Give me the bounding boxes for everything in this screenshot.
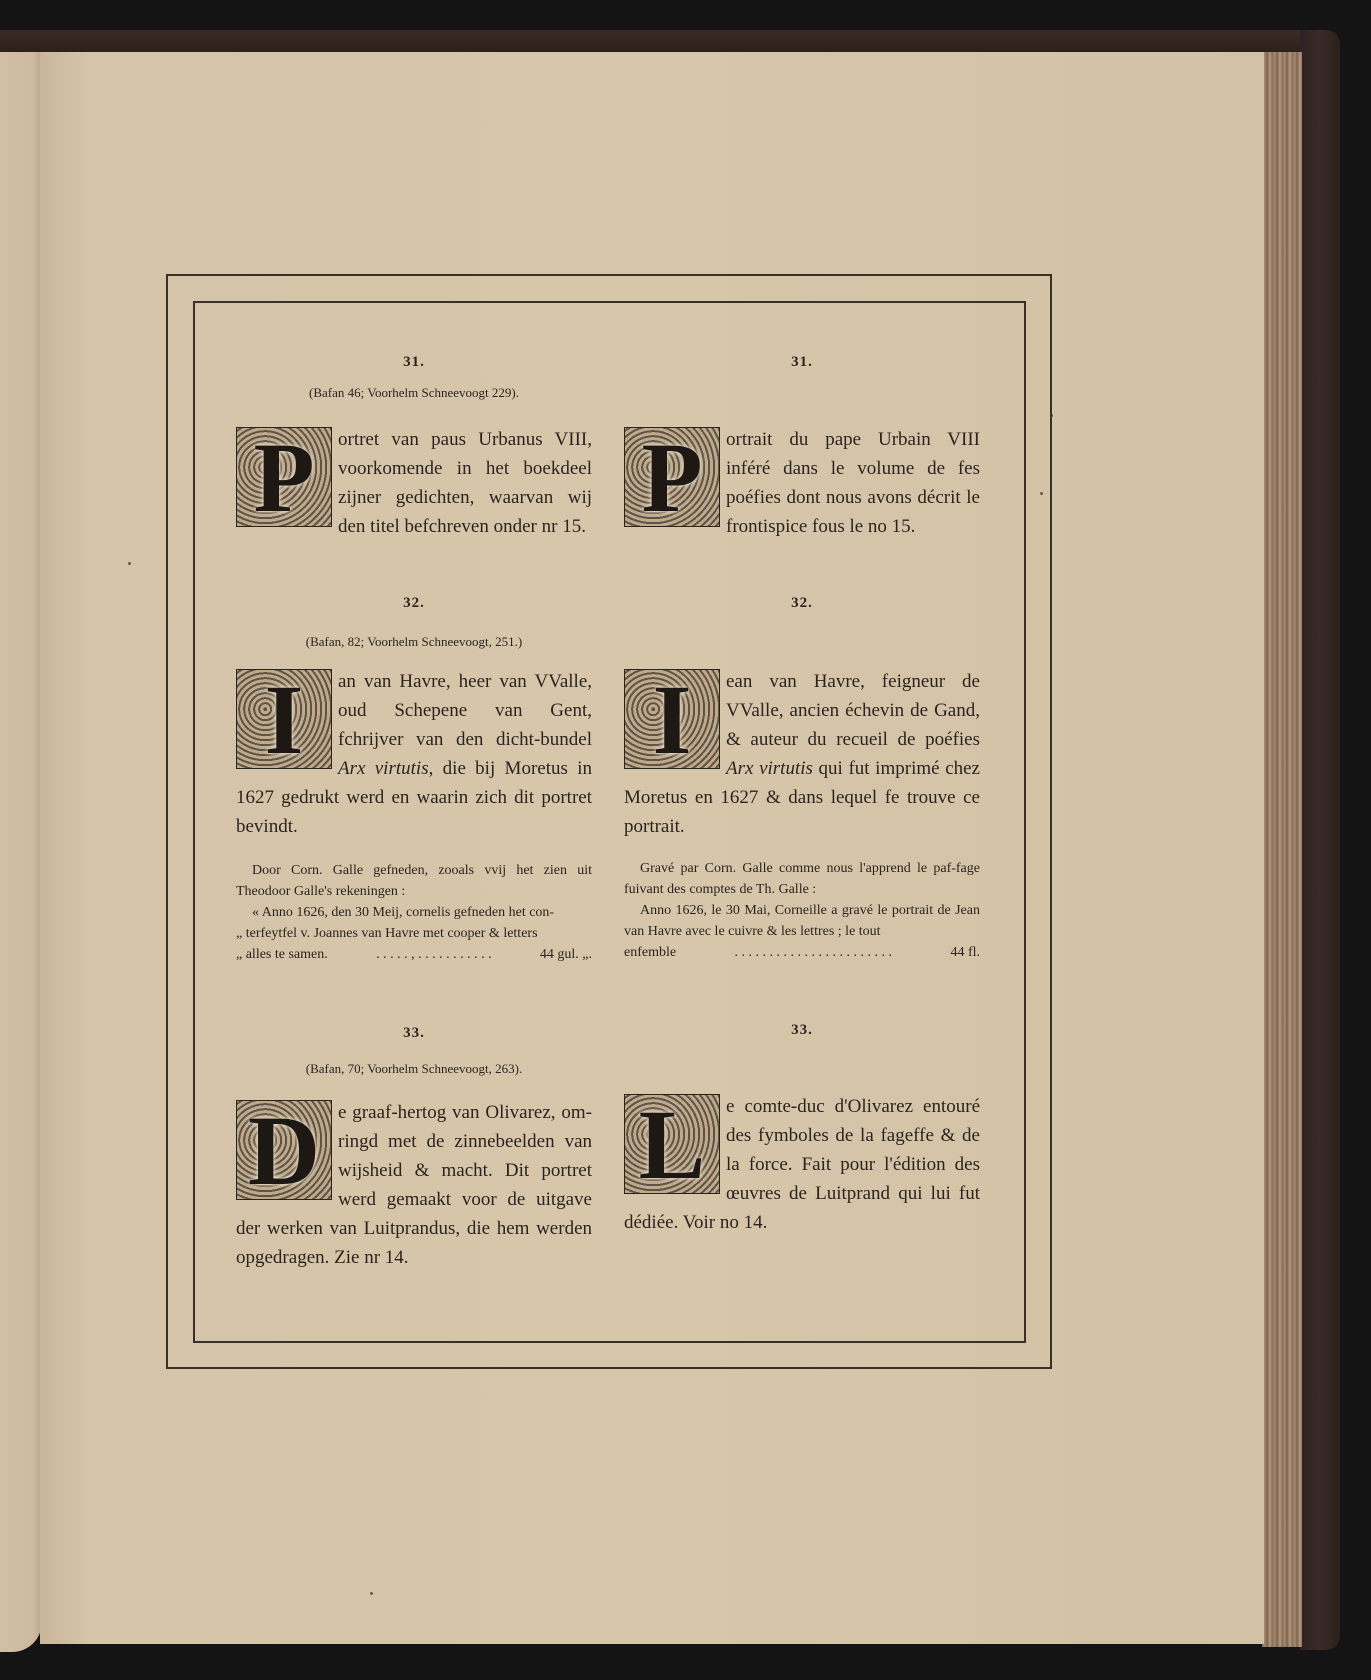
ornamental-initial-p-vase-icon: P (236, 427, 332, 527)
entry-number-fr: 31. (624, 354, 980, 371)
entry-text-fr: L e comte-duc d'Olivarez entouré des fym… (624, 1092, 980, 1237)
entry-number-nl: 32. (236, 595, 592, 612)
footnote-nl: Door Corn. Galle gefneden, zooals vvij h… (236, 860, 592, 965)
leader-dots: . . . . . . . . . . . . . . . . . . . . … (735, 942, 893, 963)
entry-text-nl: P ortret van paus Urbanus VIII, voorkome… (236, 425, 592, 541)
note-total-line: enfemble. . . . . . . . . . . . . . . . … (624, 942, 980, 963)
ornamental-initial-i-saints-icon: I (624, 669, 720, 769)
book-title: Arx virtutis (726, 758, 813, 779)
book-cover-right (1300, 30, 1340, 1650)
reference-citation: (Bafan, 82; Voorhelm Schneevoogt, 251.) (236, 634, 592, 650)
entry-number-nl: 33. (236, 1025, 592, 1042)
ornamental-initial-d-rider-icon: D (236, 1100, 332, 1200)
amount: 44 fl. (950, 942, 980, 963)
ornamental-initial-p-foliage-icon: P (624, 427, 720, 527)
page-edges (1262, 52, 1302, 1647)
ornamental-initial-l-vase-icon: L (624, 1094, 720, 1194)
book-title: Arx virtutis (338, 758, 429, 779)
entry-number-fr: 32. (624, 595, 980, 612)
leader-dots: . . . . . , . . . . . . . . . . . (376, 944, 492, 965)
note-line: „ terfeytfel v. Joannes van Havre met co… (236, 923, 592, 944)
note-line: Gravé par Corn. Galle comme nous l'appre… (624, 858, 980, 900)
entry-number-fr: 33. (624, 1022, 980, 1039)
entry-text-fr: I ean van Havre, feigneur de VValle, anc… (624, 667, 980, 841)
paper-speck (370, 1592, 373, 1595)
entry-text-nl: I an van Havre, heer van VValle, oud Sch… (236, 667, 592, 841)
paragraph: ortret van paus Urbanus VIII, voorkomend… (338, 429, 592, 537)
ornamental-initial-i-basket-icon: I (236, 669, 332, 769)
paragraph: ean van Havre, feigneur de VValle, ancie… (726, 671, 980, 750)
paragraph: ortrait du pape Urbain VIII inféré dans … (726, 429, 980, 537)
paper-speck (128, 562, 131, 565)
entry-text-nl: D e graaf-hertog van Olivarez, om-ringd … (236, 1098, 592, 1272)
note-total-line: „ alles te samen.. . . . . , . . . . . .… (236, 944, 592, 965)
amount: 44 gul. „. (540, 944, 592, 965)
paragraph: an van Havre, heer van VValle, oud Schep… (338, 671, 592, 750)
entry-text-fr: P ortrait du pape Urbain VIII inféré dan… (624, 425, 980, 541)
reference-citation: (Bafan 46; Voorhelm Schneevoogt 229). (236, 385, 592, 401)
entry-number-nl: 31. (236, 354, 592, 371)
note-line: « Anno 1626, den 30 Meij, cornelis gefne… (236, 902, 592, 923)
reference-citation: (Bafan, 70; Voorhelm Schneevoogt, 263). (236, 1061, 592, 1077)
footnote-fr: Gravé par Corn. Galle comme nous l'appre… (624, 858, 980, 963)
note-line: Door Corn. Galle gefneden, zooals vvij h… (236, 860, 592, 902)
previous-page-edge (0, 52, 42, 1652)
note-line: Anno 1626, le 30 Mai, Corneille a gravé … (624, 900, 980, 942)
